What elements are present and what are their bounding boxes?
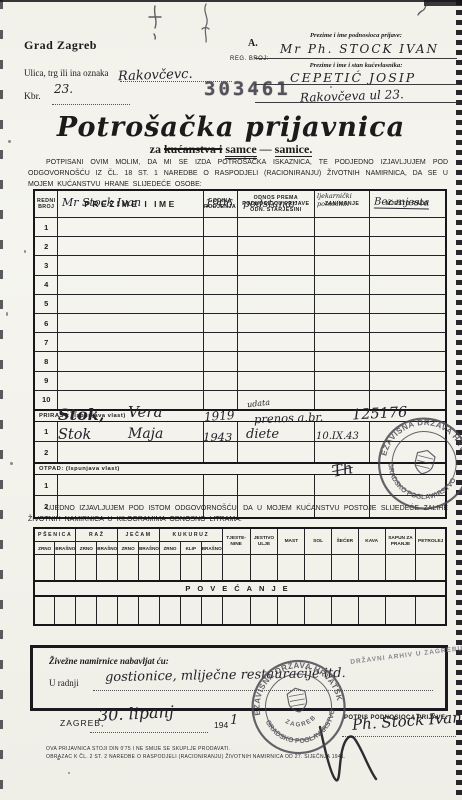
empty-cell bbox=[315, 256, 370, 275]
handwritten-landlord: CEPETIĆ JOSIP bbox=[290, 70, 416, 85]
table-row: 5 bbox=[34, 294, 446, 313]
empty-cell bbox=[58, 275, 203, 294]
empty-cell bbox=[237, 237, 315, 256]
empty-cell bbox=[315, 237, 370, 256]
empty-cell bbox=[315, 352, 370, 371]
handwritten-prirast1-firstname: Vera bbox=[128, 403, 162, 421]
empty-cell bbox=[278, 596, 305, 625]
handwritten-year-digit: 1 bbox=[230, 713, 238, 728]
column-subheader: ZRNO bbox=[34, 542, 55, 555]
handwritten-person1-occupation-line1: ljekarnički bbox=[317, 192, 352, 200]
empty-cell bbox=[203, 218, 237, 237]
street-label: Ulica, trg ili ina oznaka bbox=[24, 68, 109, 78]
empty-cell bbox=[369, 256, 446, 275]
handwritten-prirast1-year: 1919 bbox=[204, 408, 235, 424]
subtitle-struck-text: kućanstva i bbox=[164, 142, 222, 156]
procurement-line2-label: U radnji bbox=[49, 678, 79, 688]
empty-cell bbox=[55, 596, 76, 625]
row-number: 6 bbox=[34, 313, 58, 332]
ink-mark bbox=[198, 2, 214, 44]
column-subheader: BRAŠNO bbox=[201, 542, 222, 555]
empty-cell bbox=[416, 596, 446, 625]
empty-cell bbox=[369, 352, 446, 371]
empty-cell bbox=[203, 474, 237, 496]
handwritten-person1-occupation-line2: pomoćnik bbox=[317, 200, 349, 208]
subtitle-samce: samce bbox=[225, 142, 256, 159]
handwritten-person1-name: Mr Stock Ivan bbox=[62, 196, 141, 209]
column-header: ŠEĆER bbox=[331, 528, 358, 555]
handwritten-prirast2-relation: diete bbox=[246, 427, 279, 442]
empty-cell bbox=[58, 371, 203, 390]
column-subheader: ZRNO bbox=[160, 542, 181, 555]
empty-cell bbox=[237, 352, 315, 371]
column-subheader: BRAŠNO bbox=[139, 542, 160, 555]
column-subheader: KLIP bbox=[180, 542, 201, 555]
empty-cell bbox=[118, 555, 139, 582]
empty-cell bbox=[139, 555, 160, 582]
row-number: 5 bbox=[34, 294, 58, 313]
subtitle-dash: — bbox=[260, 142, 272, 156]
handwritten-person1-relation: podstanar bbox=[243, 198, 297, 210]
column-header: TJESTE­NINE bbox=[222, 528, 250, 555]
empty-cell bbox=[58, 474, 203, 496]
handwritten-street: Rakovčevc. bbox=[118, 67, 193, 85]
row-number: 8 bbox=[34, 352, 58, 371]
empty-cell bbox=[222, 596, 250, 625]
empty-cell bbox=[369, 371, 446, 390]
row-number: 9 bbox=[34, 371, 58, 390]
empty-cell bbox=[237, 256, 315, 275]
empty-cell bbox=[237, 474, 315, 496]
empty-cell bbox=[331, 596, 358, 625]
row-number: 1 bbox=[34, 421, 58, 442]
empty-cell bbox=[203, 294, 237, 313]
empty-cell bbox=[416, 555, 446, 582]
column-header: JESTIVO ULJE bbox=[250, 528, 278, 555]
scan-speck bbox=[68, 772, 70, 774]
handwritten-person1-year: 1906 bbox=[205, 197, 233, 210]
empty-cell bbox=[203, 496, 237, 518]
handwritten-prirast2-date: 10.IX.43 bbox=[316, 431, 359, 442]
empty-cell bbox=[358, 596, 385, 625]
applicant-label: Prezime i ime podnosioca prijave: bbox=[255, 32, 457, 39]
column-group-header: PŠENICA bbox=[34, 528, 76, 542]
subtitle-underlined-text: samice. bbox=[275, 142, 313, 157]
city-title: Grad Zagreb bbox=[24, 38, 97, 53]
empty-cell bbox=[315, 275, 370, 294]
empty-cell bbox=[58, 313, 203, 332]
empty-cell bbox=[76, 596, 97, 625]
row-number: 4 bbox=[34, 275, 58, 294]
empty-cell bbox=[58, 237, 203, 256]
empty-cell bbox=[315, 294, 370, 313]
section-a-label: A. bbox=[248, 38, 258, 49]
reg-number-stamp: 303461 bbox=[204, 78, 291, 100]
empty-cell bbox=[369, 294, 446, 313]
column-group-header: JEČAM bbox=[118, 528, 160, 542]
row-number: 3 bbox=[34, 256, 58, 275]
empty-cell bbox=[237, 371, 315, 390]
empty-cell bbox=[203, 390, 237, 410]
date-fill-line bbox=[90, 732, 208, 733]
supplies-data-row bbox=[34, 555, 446, 582]
empty-cell bbox=[237, 218, 315, 237]
scan-speck bbox=[10, 462, 13, 465]
row-number: 1 bbox=[34, 474, 58, 496]
empty-cell bbox=[139, 596, 160, 625]
empty-cell bbox=[331, 555, 358, 582]
empty-cell bbox=[315, 333, 370, 352]
empty-cell bbox=[118, 596, 139, 625]
empty-cell bbox=[315, 496, 370, 518]
empty-cell bbox=[237, 496, 315, 518]
handwritten-prirast2-year: 1943 bbox=[203, 430, 232, 444]
empty-cell bbox=[305, 555, 332, 582]
svg-text:ZAGREB: ZAGREB bbox=[283, 713, 319, 731]
empty-cell bbox=[237, 275, 315, 294]
column-subheader: BRAŠNO bbox=[97, 542, 118, 555]
scan-speck bbox=[24, 250, 26, 253]
empty-cell bbox=[203, 352, 237, 371]
form-subtitle: za kućanstva i samce — samice. bbox=[0, 142, 462, 157]
scanned-form-page: Grad Zagreb Ulica, trg ili ina oznaka Kb… bbox=[0, 0, 462, 800]
handwritten-house-number: 23. bbox=[54, 82, 73, 96]
empty-cell bbox=[58, 218, 203, 237]
column-subheader: BRAŠNO bbox=[55, 542, 76, 555]
table-row: 6 bbox=[34, 313, 446, 332]
stamp-bottom-text: GRADSKO POGLAVARSTVO bbox=[263, 707, 341, 751]
column-header: MAST bbox=[278, 528, 305, 555]
row-number: 7 bbox=[34, 333, 58, 352]
empty-cell bbox=[237, 333, 315, 352]
table-row: 7 bbox=[34, 333, 446, 352]
ink-mark bbox=[146, 4, 164, 40]
empty-cell bbox=[58, 256, 203, 275]
empty-cell bbox=[315, 218, 370, 237]
empty-cell bbox=[160, 596, 181, 625]
column-group-header: RAŽ bbox=[76, 528, 118, 542]
empty-cell bbox=[58, 294, 203, 313]
handwritten-person1-workplace: Bez mjesta bbox=[374, 197, 430, 210]
handwritten-date: 30. lipanj bbox=[98, 702, 175, 725]
table-row: 1 bbox=[34, 218, 446, 237]
column-subheader: ZRNO bbox=[118, 542, 139, 555]
column-subheader: ZRNO bbox=[76, 542, 97, 555]
povecanje-row: POVEĆANJE bbox=[34, 581, 446, 596]
stamp-center-text: ZAGREB bbox=[283, 713, 319, 731]
table-row: 8 bbox=[34, 352, 446, 371]
empty-cell bbox=[315, 313, 370, 332]
empty-cell bbox=[250, 555, 278, 582]
supplies-header-row-1: PŠENICARAŽJEČAMKUKURUZTJESTE­NINEJESTIVO… bbox=[34, 528, 446, 542]
column-header: PETROLEJ bbox=[416, 528, 446, 555]
empty-cell bbox=[203, 256, 237, 275]
row-number: 1 bbox=[34, 218, 58, 237]
ink-mark bbox=[416, 3, 428, 17]
year-printed: 194 bbox=[214, 720, 228, 730]
handwritten-prirast1-relation: prenos a.br. bbox=[254, 410, 324, 426]
table-row: 4 bbox=[34, 275, 446, 294]
empty-cell bbox=[237, 313, 315, 332]
empty-cell bbox=[305, 596, 332, 625]
empty-cell bbox=[250, 596, 278, 625]
empty-cell bbox=[369, 237, 446, 256]
form-title: Potrošačka prijavnica bbox=[0, 112, 462, 143]
empty-cell bbox=[55, 555, 76, 582]
row-number: 2 bbox=[34, 496, 58, 518]
table-row: 3 bbox=[34, 256, 446, 275]
empty-cell bbox=[369, 275, 446, 294]
procurement-line1: Živežne namirnice nabavljat ću: bbox=[49, 656, 169, 666]
empty-cell bbox=[97, 596, 118, 625]
svg-text:GRADSKO POGLAVARSTVO: GRADSKO POGLAVARSTVO bbox=[263, 707, 341, 751]
subtitle-prefix: za bbox=[150, 142, 161, 156]
table-row: 2 bbox=[34, 237, 446, 256]
empty-cell bbox=[58, 352, 203, 371]
empty-cell bbox=[201, 596, 222, 625]
empty-cell bbox=[369, 333, 446, 352]
column-header: REDNI BROJ bbox=[34, 190, 58, 218]
empty-cell bbox=[358, 555, 385, 582]
empty-cell bbox=[97, 555, 118, 582]
empty-cell bbox=[203, 333, 237, 352]
povecanje-label: POVEĆANJE bbox=[34, 581, 446, 596]
empty-cell bbox=[58, 496, 203, 518]
empty-cell bbox=[58, 333, 203, 352]
scan-edge-top bbox=[0, 0, 462, 2]
handwritten-prirast2-surname: Stok bbox=[58, 427, 91, 443]
empty-cell bbox=[160, 555, 181, 582]
handwritten-applicant: Mr Ph. STOCK IVAN bbox=[280, 42, 439, 56]
empty-cell bbox=[385, 555, 416, 582]
house-number-label: Kbr. bbox=[24, 92, 41, 102]
declaration-paragraph: POTPISANI OVIM MOLIM, DA MI SE IZDA POTR… bbox=[28, 158, 448, 191]
supplies-table: PŠENICARAŽJEČAMKUKURUZTJESTE­NINEJESTIVO… bbox=[33, 527, 447, 626]
empty-cell bbox=[237, 294, 315, 313]
empty-cell bbox=[58, 442, 203, 463]
handwritten-signature: Ph. Stock Ivan bbox=[352, 708, 462, 734]
row-number: 2 bbox=[34, 442, 58, 463]
empty-cell bbox=[203, 237, 237, 256]
column-group-header: KUKURUZ bbox=[160, 528, 223, 542]
scan-speck bbox=[6, 312, 8, 316]
column-header: SAPUN ZA PRANJE bbox=[385, 528, 416, 555]
empty-cell bbox=[203, 442, 237, 463]
empty-cell bbox=[180, 555, 201, 582]
handwritten-prirast1-surname: Stok, bbox=[58, 405, 104, 424]
house-number-fill-line bbox=[52, 104, 130, 105]
round-stamp-bottom: NEZAVISNA DRŽAVA HRVATSKA GRADSKO POGLAV… bbox=[242, 650, 356, 768]
footer-note-1: OVA PRIJAVNICA STOJI DIN 0'75 I NE SMIJE… bbox=[46, 746, 230, 752]
handwritten-prirast2-firstname: Maja bbox=[128, 426, 163, 442]
empty-cell bbox=[369, 313, 446, 332]
empty-cell bbox=[385, 596, 416, 625]
empty-cell bbox=[278, 555, 305, 582]
empty-cell bbox=[203, 371, 237, 390]
empty-cell bbox=[369, 218, 446, 237]
row-number: 10 bbox=[34, 390, 58, 410]
empty-cell bbox=[34, 596, 55, 625]
empty-cell bbox=[201, 555, 222, 582]
empty-cell bbox=[203, 275, 237, 294]
column-header: SOL bbox=[305, 528, 332, 555]
empty-cell bbox=[315, 371, 370, 390]
empty-cell bbox=[76, 555, 97, 582]
supplies-data-row bbox=[34, 596, 446, 625]
table-row: 9 bbox=[34, 371, 446, 390]
empty-cell bbox=[180, 596, 201, 625]
applicant-fill-line bbox=[255, 58, 457, 59]
empty-cell bbox=[222, 555, 250, 582]
empty-cell bbox=[237, 442, 315, 463]
landlord-label: Prezime i ime i stan kućevlasnika: bbox=[255, 62, 457, 69]
empty-cell bbox=[34, 555, 55, 582]
column-header: KAVA bbox=[358, 528, 385, 555]
row-number: 2 bbox=[34, 237, 58, 256]
empty-cell bbox=[203, 313, 237, 332]
